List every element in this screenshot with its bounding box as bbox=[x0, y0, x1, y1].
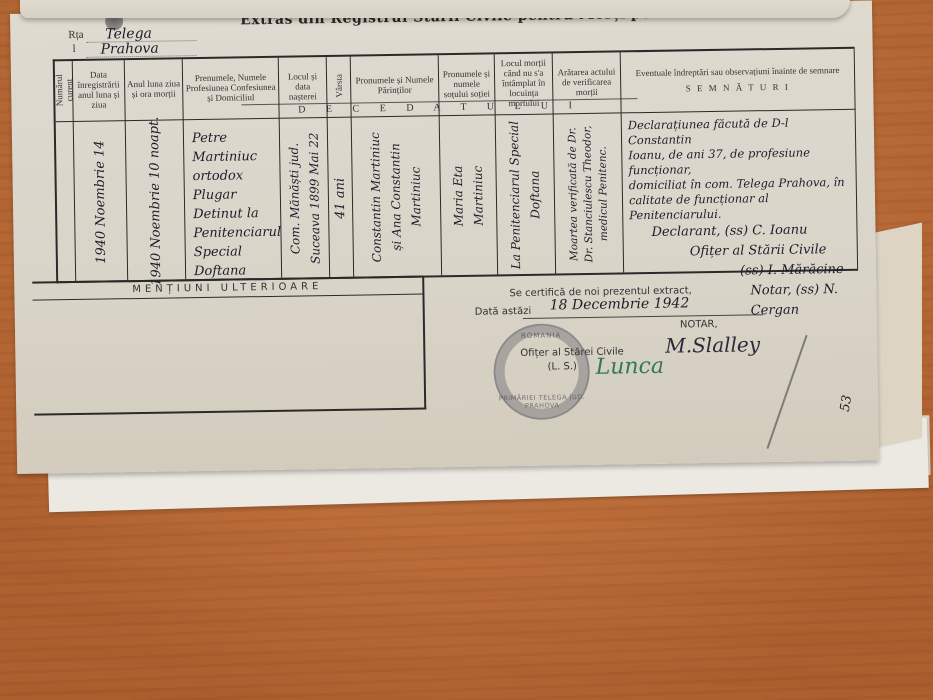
county-label: Rța bbox=[68, 29, 83, 41]
subsequent-mentions-title: MENȚIUNI ULTERIOARE bbox=[32, 280, 422, 301]
column-spouse: Pronumele și numele soțului soției Maria… bbox=[439, 54, 498, 275]
header-birth: Locul și data nașterei bbox=[279, 57, 327, 116]
header-verification: Arătarea actului de verificarea morții bbox=[553, 52, 621, 111]
column-remarks: Eventuale îndreptări sau observațiuni în… bbox=[621, 49, 858, 273]
village-value: Prahova bbox=[100, 41, 158, 58]
header-age: Vârsta bbox=[327, 57, 351, 115]
column-death-date: Anul luna ziua și ora morții 1940 Noembr… bbox=[125, 59, 186, 280]
column-registration-date: Data înregistrării anul luna și ziua 194… bbox=[73, 60, 128, 281]
header-death-place: Locul morții când nu s'a întâmplat în lo… bbox=[495, 53, 553, 112]
header-death-date: Anul luna ziua și ora morții bbox=[125, 59, 183, 118]
spouse-name: Maria Eta Martiniuc bbox=[451, 165, 486, 226]
header-parents: Pronumele și Numele Părinților bbox=[351, 55, 439, 114]
notary-handwritten-signature: M.Slalley bbox=[665, 332, 760, 357]
death-verification: Moartea verificată de Dr. Dr. Stanciules… bbox=[566, 125, 610, 263]
register-table: D E C E D A T U L U I Numărul curent Dat… bbox=[53, 47, 858, 284]
seal-label: (L. S.) bbox=[548, 361, 577, 372]
parents-names: Constantin Martiniuc și Ana Constantin M… bbox=[368, 132, 424, 263]
death-date: 1940 Noembrie 10 noapt. bbox=[147, 116, 165, 285]
subsequent-mentions-box: MENȚIUNI ULTERIOARE bbox=[32, 276, 426, 416]
date-label: Dată astăzi bbox=[475, 306, 532, 318]
column-verification: Arătarea actului de verificarea morții M… bbox=[553, 52, 624, 273]
certification-date: 18 Decembrie 1942 bbox=[550, 295, 690, 313]
death-place: La Penitenciarul Special Doftana bbox=[507, 121, 543, 270]
column-death-place: Locul morții când nu s'a întâmplat în lo… bbox=[495, 53, 556, 274]
deceased-name-details: Petre Martiniuc ortodox Plugar Detinut l… bbox=[192, 128, 282, 281]
birth-place-date: Com. Mănăști jud. Suceava 1899 Mai 22 bbox=[286, 132, 322, 264]
registration-date: 1940 Noembrie 14 bbox=[92, 140, 109, 264]
officer-signature: (ss) I. Mărăcine bbox=[740, 260, 851, 282]
column-name: Prenumele, Numele Profesiunea Confesiune… bbox=[183, 58, 282, 279]
turned-page-edge bbox=[20, 0, 850, 18]
page-number: 53 bbox=[838, 394, 855, 413]
age: 41 ani bbox=[333, 177, 349, 218]
column-parents: Pronumele și Numele Părinților Constanti… bbox=[351, 55, 442, 276]
column-age: Vârsta 41 ani bbox=[327, 57, 354, 277]
notary-label: NOTAR, bbox=[680, 319, 718, 331]
officer-title: Ofițer al Stării Civile bbox=[690, 240, 851, 263]
header-nr: Numărul curent bbox=[55, 61, 73, 119]
header-name: Prenumele, Numele Profesiunea Confesiune… bbox=[183, 58, 279, 117]
signatures-label: S E M N Ă T U R I bbox=[686, 82, 790, 94]
signature-stroke bbox=[766, 335, 807, 449]
header-registration-date: Data înregistrării anul luna și ziua bbox=[73, 60, 125, 119]
header-spouse: Pronumele și numele soțului soției bbox=[439, 54, 495, 113]
notary-signature: Notar, (ss) N. Cergan bbox=[750, 280, 852, 322]
death-certificate-extract: Extras din Registrul Stării Civile pentr… bbox=[10, 0, 879, 473]
column-birth: Locul și data nașterei Com. Mănăști jud.… bbox=[279, 57, 330, 278]
officer-green-signature: Lunca bbox=[595, 354, 664, 380]
header-remarks: Eventuale îndreptări sau observațiuni în… bbox=[621, 49, 855, 111]
village-label: l bbox=[72, 43, 75, 55]
